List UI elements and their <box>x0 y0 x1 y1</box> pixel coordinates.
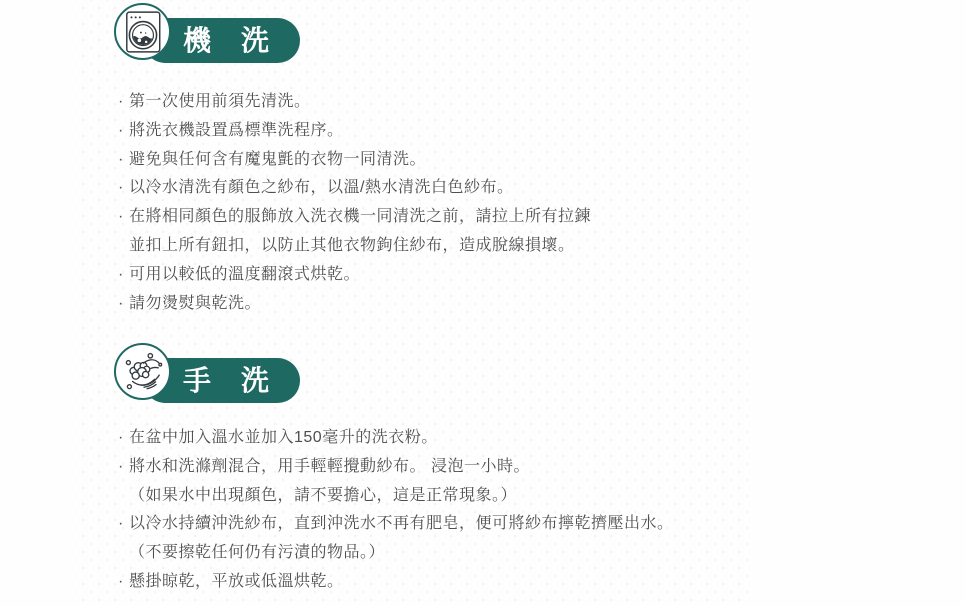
bullet-dot: · <box>118 88 129 117</box>
machine-wash-list: · 第一次使用前須先清洗。 · 將洗衣機設置爲標準洗程序。 · 避免與任何含有魔… <box>118 88 778 318</box>
instruction-text: （不要擦乾任何仍有污漬的物品。） <box>129 544 385 561</box>
bullet-dot: · <box>118 146 129 175</box>
hand-wash-header: 手 洗 <box>114 343 300 403</box>
bullet-dot: · <box>118 261 129 290</box>
list-item: · 以冷水清洗有顏色之紗布，以溫/熱水清洗白色紗布。 <box>118 174 778 203</box>
list-item: · 懸掛晾乾，平放或低溫烘乾。 <box>118 568 778 597</box>
bullet-dot: · <box>118 568 129 597</box>
instruction-text: 第一次使用前須先清洗。 <box>129 88 778 117</box>
instruction-text: 懸掛晾乾，平放或低溫烘乾。 <box>129 568 778 597</box>
list-item: · 將洗衣機設置爲標準洗程序。 <box>118 117 778 146</box>
bullet-dot: · <box>118 453 129 482</box>
list-item: · 將水和洗滌劑混合，用手輕輕攪動紗布。 浸泡一小時。 <box>118 453 778 482</box>
bullet-dot: · <box>118 203 129 232</box>
instruction-text: 並扣上所有鈕扣，以防止其他衣物鉤住紗布，造成脫線損壞。 <box>129 237 575 254</box>
bullet-dot: · <box>118 117 129 146</box>
list-item: · 避免與任何含有魔鬼氈的衣物一同清洗。 <box>118 146 778 175</box>
hand-wash-icon <box>114 343 171 400</box>
instruction-text: 避免與任何含有魔鬼氈的衣物一同清洗。 <box>129 146 778 175</box>
list-item: · 以冷水持續沖洗紗布，直到沖洗水不再有肥皂，便可將紗布擰乾擠壓出水。 <box>118 510 778 539</box>
list-item: · 可用以較低的溫度翻滾式烘乾。 <box>118 261 778 290</box>
hand-wash-list: · 在盆中加入溫水並加入150毫升的洗衣粉。 · 將水和洗滌劑混合，用手輕輕攪動… <box>118 424 778 597</box>
bullet-dot: · <box>118 510 129 539</box>
instruction-text: 在盆中加入溫水並加入150毫升的洗衣粉。 <box>129 424 778 453</box>
bullet-dot: · <box>118 174 129 203</box>
instruction-continuation: 並扣上所有鈕扣，以防止其他衣物鉤住紗布，造成脫線損壞。 <box>118 232 778 261</box>
instruction-text: 請勿燙熨與乾洗。 <box>129 290 778 319</box>
care-instructions-page: 機 洗 · 第一次使用前須先清洗。 · 將洗衣機設置爲標準洗程序。 · 避免與任… <box>0 0 966 606</box>
instruction-text: 將洗衣機設置爲標準洗程序。 <box>129 117 778 146</box>
instruction-text: 在將相同顏色的服飾放入洗衣機一同清洗之前，請拉上所有拉鍊 <box>129 203 778 232</box>
instruction-text: 以冷水持續沖洗紗布，直到沖洗水不再有肥皂，便可將紗布擰乾擠壓出水。 <box>129 510 778 539</box>
instruction-text: 將水和洗滌劑混合，用手輕輕攪動紗布。 浸泡一小時。 <box>129 453 778 482</box>
instruction-continuation: （不要擦乾任何仍有污漬的物品。） <box>118 539 778 568</box>
washing-machine-icon <box>114 3 171 60</box>
list-item: · 在盆中加入溫水並加入150毫升的洗衣粉。 <box>118 424 778 453</box>
machine-wash-header: 機 洗 <box>114 3 300 63</box>
list-item: · 請勿燙熨與乾洗。 <box>118 290 778 319</box>
instruction-text: （如果水中出現顏色，請不要擔心，這是正常現象。） <box>129 487 517 504</box>
instruction-continuation: （如果水中出現顏色，請不要擔心，這是正常現象。） <box>118 482 778 511</box>
list-item: · 在將相同顏色的服飾放入洗衣機一同清洗之前，請拉上所有拉鍊 <box>118 203 778 232</box>
list-item: · 第一次使用前須先清洗。 <box>118 88 778 117</box>
bullet-dot: · <box>118 290 129 319</box>
instruction-text: 可用以較低的溫度翻滾式烘乾。 <box>129 261 778 290</box>
bullet-dot: · <box>118 424 129 453</box>
instruction-text: 以冷水清洗有顏色之紗布，以溫/熱水清洗白色紗布。 <box>129 174 778 203</box>
